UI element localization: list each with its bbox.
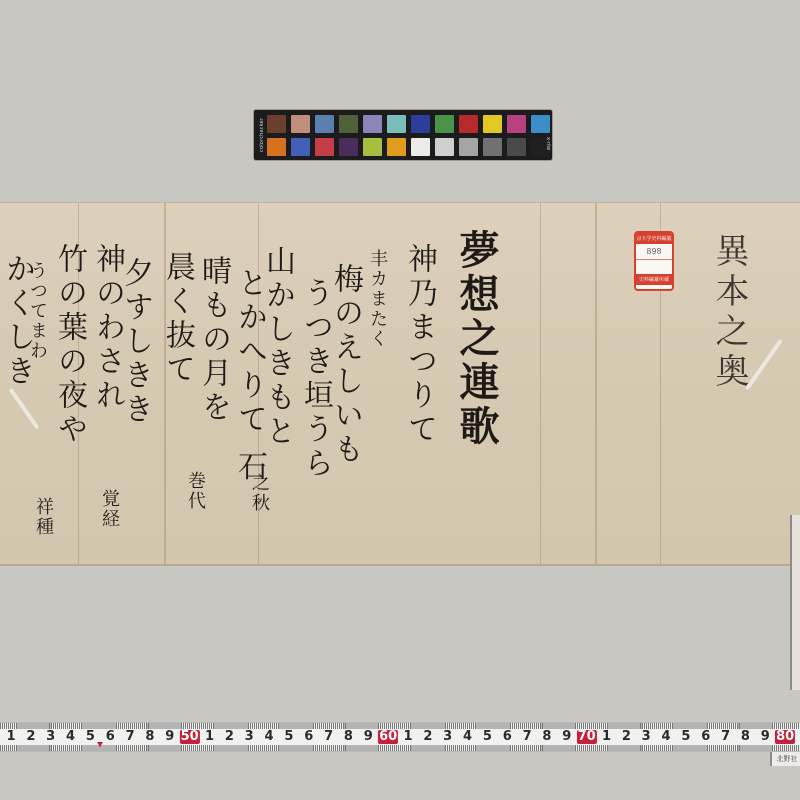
color-patch bbox=[387, 138, 406, 156]
color-patch bbox=[387, 115, 406, 133]
color-patch bbox=[267, 138, 286, 156]
ruler-digit: 2 bbox=[26, 730, 35, 744]
color-checker-card: colorchecker x-rite bbox=[254, 110, 552, 160]
color-patch bbox=[363, 138, 382, 156]
color-patch bbox=[315, 138, 334, 156]
ruler-digit: 1 bbox=[403, 730, 412, 744]
ruler-digit: 7 bbox=[721, 730, 730, 744]
text-column: かくしき bbox=[2, 253, 32, 389]
ruler-digit: 9 bbox=[761, 730, 770, 744]
ruler-digit: 8 bbox=[344, 730, 353, 744]
color-patch bbox=[339, 138, 358, 156]
ruler-digit: 7 bbox=[523, 730, 532, 744]
signature: 之秋 bbox=[250, 473, 268, 513]
color-patch bbox=[291, 115, 310, 133]
label-number: 898 bbox=[636, 244, 672, 260]
color-patch bbox=[339, 115, 358, 133]
text-column: 神のわされ bbox=[92, 243, 122, 413]
ruler-ticks-bottom bbox=[0, 745, 800, 751]
text-column: 晨く抜て bbox=[162, 251, 192, 387]
color-patch bbox=[315, 115, 334, 133]
color-patch bbox=[507, 138, 526, 156]
ruler-digit: 5 bbox=[86, 730, 95, 744]
ruler-digit: 8 bbox=[741, 730, 750, 744]
ruler-digit: 2 bbox=[423, 730, 432, 744]
ruler-digit: 6 bbox=[503, 730, 512, 744]
measuring-ruler: 1234567895012345678960123456789701234567… bbox=[0, 722, 800, 752]
ruler-digit: 4 bbox=[662, 730, 671, 744]
xrite-logo: x-rite bbox=[543, 132, 551, 156]
ruler-digit: 3 bbox=[46, 730, 55, 744]
ruler-digit: 2 bbox=[225, 730, 234, 744]
color-patch bbox=[507, 115, 526, 133]
manuscript-scroll: 異本之奥 夢想之連歌 神乃まつりて 丰カまたく 梅のえしいも うつき垣うら 山か… bbox=[0, 202, 800, 566]
corner-stamp: 北野社 bbox=[770, 752, 800, 766]
color-patch bbox=[267, 115, 286, 133]
collection-label-sticker: 東京大学史料編纂所 898 史料編纂所蔵 bbox=[634, 231, 674, 291]
paper-seam bbox=[595, 203, 597, 564]
right-inscription: 異本之奥 bbox=[712, 233, 746, 393]
ruler-digit: 8 bbox=[145, 730, 154, 744]
color-patch bbox=[411, 115, 430, 133]
ruler-digit: 1 bbox=[6, 730, 15, 744]
paper-tear bbox=[9, 388, 40, 430]
ruler-digit: 9 bbox=[165, 730, 174, 744]
ruler-digit: 3 bbox=[443, 730, 452, 744]
ruler-digit: 5 bbox=[483, 730, 492, 744]
ruler-major-label: 80 bbox=[775, 730, 795, 744]
paper-fold-line bbox=[540, 203, 541, 564]
ruler-digit: 8 bbox=[542, 730, 551, 744]
text-column: 神乃まつりて bbox=[404, 243, 434, 447]
text-column: 竹の葉の夜や bbox=[54, 243, 84, 447]
color-patch bbox=[459, 115, 478, 133]
ruler-digit: 9 bbox=[562, 730, 571, 744]
text-column: うつき垣うら bbox=[300, 277, 330, 481]
label-header: 東京大学史料編纂所 bbox=[636, 233, 672, 244]
ruler-digit: 6 bbox=[304, 730, 313, 744]
text-column: 丰カまたく bbox=[368, 249, 386, 349]
ruler-major-label: 50 bbox=[180, 730, 200, 744]
text-column: とかへりて 石 bbox=[234, 267, 264, 485]
text-column: 梅のえしいも bbox=[330, 263, 360, 467]
ruler-major-label: 70 bbox=[577, 730, 597, 744]
color-patch bbox=[459, 138, 478, 156]
signature: 祥種 bbox=[34, 497, 52, 537]
ruler-digit: 1 bbox=[205, 730, 214, 744]
ruler-digit: 7 bbox=[324, 730, 333, 744]
ruler-digit: 9 bbox=[364, 730, 373, 744]
paper-slip bbox=[790, 515, 800, 690]
label-footer: 史料編纂所蔵 bbox=[636, 274, 672, 285]
color-patch bbox=[483, 138, 502, 156]
ruler-digit: 5 bbox=[681, 730, 690, 744]
text-column: 晴もの月を bbox=[198, 255, 228, 425]
ruler-digit: 1 bbox=[602, 730, 611, 744]
color-patch bbox=[363, 115, 382, 133]
ruler-digit: 3 bbox=[245, 730, 254, 744]
ruler-digit: 6 bbox=[106, 730, 115, 744]
color-patch bbox=[531, 115, 550, 133]
ruler-digit: 2 bbox=[622, 730, 631, 744]
ruler-digit: 4 bbox=[463, 730, 472, 744]
document-title: 夢想之連歌 bbox=[456, 229, 496, 449]
paper-tear bbox=[745, 339, 783, 390]
ruler-digit: 5 bbox=[284, 730, 293, 744]
color-patch bbox=[483, 115, 502, 133]
color-patch bbox=[435, 115, 454, 133]
ruler-major-label: 60 bbox=[378, 730, 398, 744]
ruler-digit: 7 bbox=[126, 730, 135, 744]
ruler-ticks-top bbox=[0, 723, 800, 729]
signature: 巻代 bbox=[186, 471, 204, 511]
ruler-digit: 4 bbox=[66, 730, 75, 744]
color-patch bbox=[411, 138, 430, 156]
color-patch-grid bbox=[267, 115, 550, 156]
ruler-digit: 6 bbox=[701, 730, 710, 744]
color-patch bbox=[291, 138, 310, 156]
signature: 覚経 bbox=[100, 489, 118, 529]
color-patch bbox=[435, 138, 454, 156]
label-blank-field bbox=[636, 260, 672, 274]
ruler-digit: 4 bbox=[265, 730, 274, 744]
ruler-marker-triangle bbox=[97, 742, 103, 747]
ruler-digit: 3 bbox=[642, 730, 651, 744]
